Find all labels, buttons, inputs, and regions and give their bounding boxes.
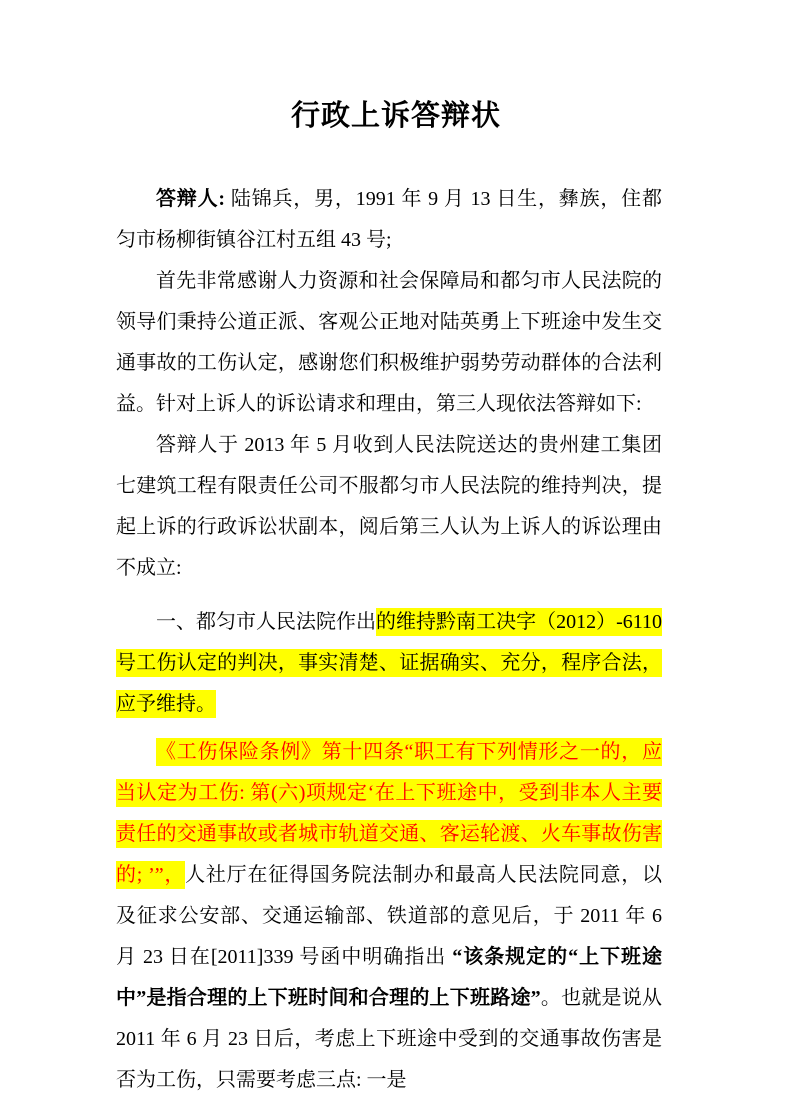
point-one-lead: 一、都匀市人民法院作出 [156,611,376,633]
document-body: 答辩人: 陆锦兵，男，1991 年 9 月 13 日生，彝族，住都匀市杨柳街镇谷… [116,179,662,1101]
paragraph: 《工伤保险条例》第十四条“职工有下列情形之一的，应当认定为工伤: 第(六)项规定… [116,732,662,1101]
paragraph: 一、都匀市人民法院作出的维持黔南工决字（2012）-6110 号工伤认定的判决，… [116,602,662,725]
point-one-highlight-a: 的维持黔南工决字（2012）-6110 [376,608,662,636]
point-one-highlight-b: 号工伤认定的判决，事实清楚、证据确实、充分，程序合法，应予维持。 [116,649,662,718]
paragraph: 答辩人: 陆锦兵，男，1991 年 9 月 13 日生，彝族，住都匀市杨柳街镇谷… [116,179,662,261]
respondent-label: 答辩人: [156,188,225,210]
document-page: 行政上诉答辩状 答辩人: 陆锦兵，男，1991 年 9 月 13 日生，彝族，住… [0,0,792,1120]
document-title: 行政上诉答辩状 [0,0,792,133]
paragraph: 首先非常感谢人力资源和社会保障局和都匀市人民法院的领导们秉持公道正派、客观公正地… [116,261,662,425]
thanks-text: 首先非常感谢人力资源和社会保障局和都匀市人民法院的领导们秉持公道正派、客观公正地… [116,270,662,415]
receipt-text: 答辩人于 2013 年 5 月收到人民法院送达的贵州建工集团七建筑工程有限责任公… [116,434,662,579]
paragraph: 答辩人于 2013 年 5 月收到人民法院送达的贵州建工集团七建筑工程有限责任公… [116,425,662,589]
